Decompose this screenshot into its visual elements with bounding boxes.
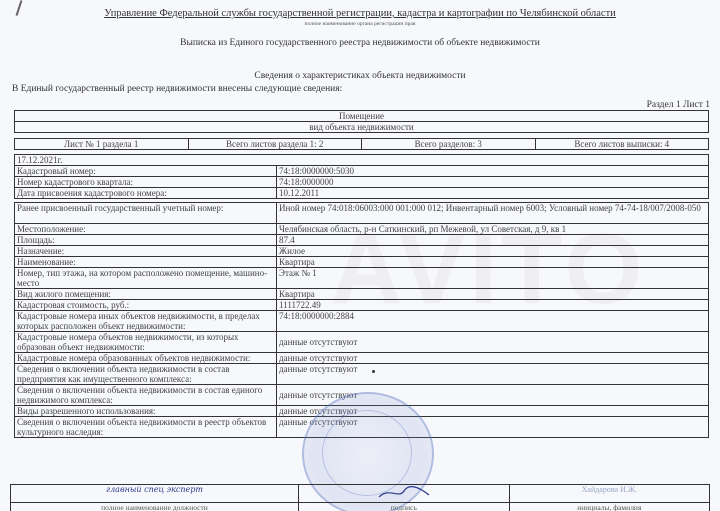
row-label: Вид жилого помещения: (15, 289, 277, 300)
object-type: Помещение (15, 111, 709, 122)
row-label: Сведения о включении объекта недвижимост… (15, 364, 277, 385)
sheet-reference: Раздел 1 Лист 1 (647, 100, 710, 110)
intro-text: В Единый государственный реестр недвижим… (12, 84, 342, 94)
row-label: Назначение: (15, 246, 277, 257)
row-value: 74:18:0000000:2884 (277, 311, 709, 332)
name-caption: инициалы, фамилия (509, 503, 709, 511)
organization-caption: полное наименование органа регистрации п… (0, 21, 720, 27)
name-value: Хайдарова И.Ж. (509, 485, 709, 503)
row-value: 10.12.2011 (277, 188, 709, 199)
section-title: Сведения о характеристиках объекта недви… (0, 71, 720, 81)
sections-total: Всего разделов: 3 (362, 139, 536, 150)
row-value: Иной номер 74:018:06003:000 001:000 012;… (277, 203, 709, 224)
position-handwritten: главный спец эксперт (11, 485, 299, 503)
sheets-table: Лист № 1 раздела 1 Всего листов раздела … (14, 138, 709, 150)
dot-mark (372, 370, 375, 373)
row-label: Кадастровые номера образованных объектов… (15, 353, 277, 364)
table-row: Назначение: Жилое (15, 246, 709, 257)
table-row: Дата присвоения кадастрового номера: 10.… (15, 188, 709, 199)
table-row: Кадастровая стоимость, руб.: 1111722.49 (15, 300, 709, 311)
table-row: Ранее присвоенный государственный учетны… (15, 203, 709, 224)
table-row: Вид жилого помещения: Квартира (15, 289, 709, 300)
row-value: данные отсутствуют (277, 364, 709, 385)
row-label: Местоположение: (15, 224, 277, 235)
signature-scribble-icon (374, 485, 434, 499)
document-title: Выписка из Единого государственного реес… (0, 38, 720, 48)
object-type-table: Помещение вид объекта недвижимости (14, 110, 709, 133)
table-row: Кадастровые номера объектов недвижимости… (15, 332, 709, 353)
position-caption: полное наименование должности (11, 503, 299, 511)
signature-field (298, 485, 509, 503)
sheet-number: Лист № 1 раздела 1 (15, 139, 189, 150)
row-label: Виды разрешенного использования: (15, 406, 277, 417)
table-row: Кадастровые номера образованных объектов… (15, 353, 709, 364)
row-label: Номер, тип этажа, на котором расположено… (15, 268, 277, 289)
table-row: Номер, тип этажа, на котором расположено… (15, 268, 709, 289)
table-row: Наименование: Квартира (15, 257, 709, 268)
row-value: Квартира (277, 257, 709, 268)
row-label: Сведения о включении объекта недвижимост… (15, 385, 277, 406)
row-value: 1111722.49 (277, 300, 709, 311)
signature-caption: подпись (298, 503, 509, 511)
row-label: Дата присвоения кадастрового номера: (15, 188, 277, 199)
row-label: Наименование: (15, 257, 277, 268)
row-label: Кадастровая стоимость, руб.: (15, 300, 277, 311)
extract-sheets-total: Всего листов выписки: 4 (535, 139, 709, 150)
row-value: Челябинская область, р-н Саткинский, рп … (277, 224, 709, 235)
table-row: Кадастровые номера иных объектов недвижи… (15, 311, 709, 332)
row-value: Жилое (277, 246, 709, 257)
table-row: Номер кадастрового квартала: 74:18:00000… (15, 177, 709, 188)
row-value: данные отсутствуют (277, 353, 709, 364)
row-value: данные отсутствуют (277, 332, 709, 353)
organization-name: Управление Федеральной службы государств… (0, 8, 720, 19)
row-label: Площадь: (15, 235, 277, 246)
row-value: 74:18:0000000:5030 (277, 166, 709, 177)
row-label: Номер кадастрового квартала: (15, 177, 277, 188)
row-label: Кадастровые номера объектов недвижимости… (15, 332, 277, 353)
object-type-caption: вид объекта недвижимости (15, 122, 709, 133)
row-value: 87.4 (277, 235, 709, 246)
row-value: Квартира (277, 289, 709, 300)
table-row: Площадь: 87.4 (15, 235, 709, 246)
extract-date: 17.12.2021г. (15, 155, 709, 166)
signature-table: главный спец эксперт Хайдарова И.Ж. полн… (10, 484, 710, 511)
table-row: Кадастровый номер: 74:18:0000000:5030 (15, 166, 709, 177)
row-value: 74:18:0000000 (277, 177, 709, 188)
row-label: Сведения о включении объекта недвижимост… (15, 417, 277, 438)
table-row: Местоположение: Челябинская область, р-н… (15, 224, 709, 235)
row-value: Этаж № 1 (277, 268, 709, 289)
table-row: Сведения о включении объекта недвижимост… (15, 364, 709, 385)
section-sheets-total: Всего листов раздела 1: 2 (188, 139, 362, 150)
row-label: Кадастровый номер: (15, 166, 277, 177)
row-label: Кадастровые номера иных объектов недвижи… (15, 311, 277, 332)
row-label: Ранее присвоенный государственный учетны… (15, 203, 277, 224)
